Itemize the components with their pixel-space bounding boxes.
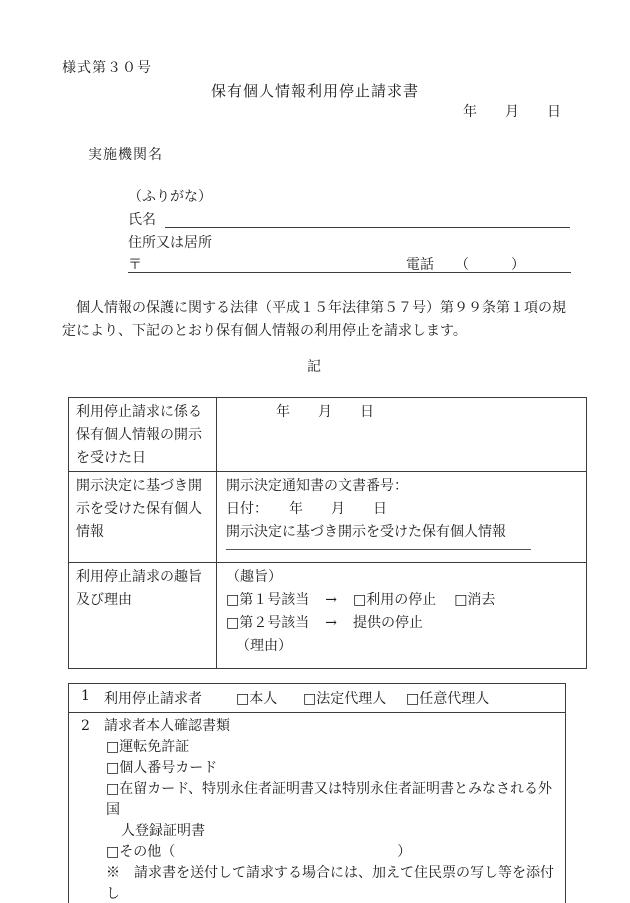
section-marker-ki: 記 [0,356,630,376]
phone-label: 電話 （ ） [406,254,525,274]
checkbox-my-number-card[interactable]: □個人番号カード [106,758,565,779]
disclosed-info-field-line[interactable] [226,544,531,550]
form-number: 様式第３０号 [62,57,152,77]
checkbox-erasure[interactable]: □消去 [454,592,495,608]
table1-row1-value: 年 月 日 [217,398,587,472]
table2-row2: 2 請求者本人確認書類 □運転免許証 □個人番号カード □在留カード、特別永住者… [69,713,566,903]
checkbox-stop-of-use[interactable]: □利用の停止 [353,592,436,608]
stop-of-provision-label: 提供の停止 [353,615,423,631]
arrow-icon: → [325,615,337,631]
riyuu-label: （理由） [236,635,580,658]
furigana-label: （ふりがな） [128,186,212,206]
residence-card-continuation: 人登録証明書 [121,821,565,842]
requester-label: 利用停止請求者 [104,688,202,708]
stop-request-detail-table: 利用停止請求に係る 保有個人情報の開示 を受けた日 年 月 日 開示決定に基づき… [68,397,587,669]
shushi-label: （趣旨） [226,566,580,589]
arrow-icon: → [325,592,337,608]
item-number: 2 [81,716,90,737]
disclosed-info-label: 開示決定に基づき開示を受けた保有個人情報 [226,521,580,544]
header-line: 及び理由 [76,589,212,612]
form-title: 保有個人情報利用停止請求書 [0,80,630,101]
checkbox-voluntary-representative[interactable]: □任意代理人 [406,688,489,708]
checkbox-other-prefix: □その他（ [106,844,175,860]
requester-verification-table: 1 利用停止請求者 □本人 □法定代理人 □任意代理人 2 請求者本人確認書類 … [68,683,566,903]
verification-docs-label: 請求者本人確認書類 [104,716,230,737]
checkbox-clause2[interactable]: □第２号該当 [226,615,309,631]
header-line: 保有個人情報の開示 [76,424,212,447]
mail-request-note: ※ 請求書を送付して請求する場合には、加えて住民票の写し等を添付し [106,863,565,903]
checkbox-honnin[interactable]: □本人 [236,688,277,708]
table1-row3-header: 利用停止請求の趣旨 及び理由 [69,563,217,669]
table2-row1: 1 利用停止請求者 □本人 □法定代理人 □任意代理人 [69,684,566,713]
table1-row2-header: 開示決定に基づき開 示を受けた保有個人 情報 [69,472,217,563]
checkbox-drivers-license[interactable]: □運転免許証 [106,737,565,758]
header-line: を受けた日 [76,447,212,470]
date-line: 年 月 日 [463,101,561,121]
table-row: 2 請求者本人確認書類 □運転免許証 □個人番号カード □在留カード、特別永住者… [69,713,566,903]
decision-date-field[interactable]: 日付： 年 月 日 [226,498,580,521]
checkbox-other[interactable]: □その他（） [106,842,565,863]
header-line: 開示決定に基づき開 [76,475,212,498]
table-row: 利用停止請求に係る 保有個人情報の開示 を受けた日 年 月 日 [69,398,587,472]
table-row: 利用停止請求の趣旨 及び理由 （趣旨） □第１号該当→□利用の停止□消去 □第２… [69,563,587,669]
checkbox-residence-card[interactable]: □在留カード、特別永住者証明書又は特別永住者証明書とみなされる外国 [106,779,565,821]
address-label: 住所又は居所 [128,232,212,252]
checkbox-clause1[interactable]: □第１号該当 [226,592,309,608]
agency-name-label: 実施機関名 [88,144,163,164]
name-label: 氏名 [128,209,156,229]
table1-row2-value: 開示決定通知書の文書番号： 日付： 年 月 日 開示決定に基づき開示を受けた保有… [217,472,587,563]
name-field-line[interactable] [165,210,570,228]
intro-paragraph: 個人情報の保護に関する法律（平成１５年法律第５７号）第９９条第１項の規定により、… [62,297,569,343]
clause1-line: □第１号該当→□利用の停止□消去 [226,589,580,612]
postal-address-field-line[interactable]: 〒 電話 （ ） [128,254,571,273]
checkbox-other-suffix: ） [397,844,411,860]
disclosure-date-field[interactable]: 年 月 日 [226,401,580,424]
requester-row: 1 利用停止請求者 □本人 □法定代理人 □任意代理人 [69,688,565,712]
postal-mark: 〒 [128,254,142,274]
clause2-line: □第２号該当→提供の停止 [226,612,580,635]
item-number: 1 [81,688,90,704]
form-page: 様式第３０号 保有個人情報利用停止請求書 年 月 日 実施機関名 （ふりがな） … [0,0,630,903]
document-number-field[interactable]: 開示決定通知書の文書番号： [226,475,580,498]
table1-row1-header: 利用停止請求に係る 保有個人情報の開示 を受けた日 [69,398,217,472]
header-line: 情報 [76,521,212,544]
checkbox-legal-representative[interactable]: □法定代理人 [303,688,386,708]
header-line: 利用停止請求に係る [76,401,212,424]
table-row: 1 利用停止請求者 □本人 □法定代理人 □任意代理人 [69,684,566,713]
table-row: 開示決定に基づき開 示を受けた保有個人 情報 開示決定通知書の文書番号： 日付：… [69,472,587,563]
table1-row3-value: （趣旨） □第１号該当→□利用の停止□消去 □第２号該当→提供の停止 （理由） [217,563,587,669]
verification-docs-row: 2 請求者本人確認書類 [69,716,565,737]
header-line: 示を受けた保有個人 [76,498,212,521]
header-line: 利用停止請求の趣旨 [76,566,212,589]
